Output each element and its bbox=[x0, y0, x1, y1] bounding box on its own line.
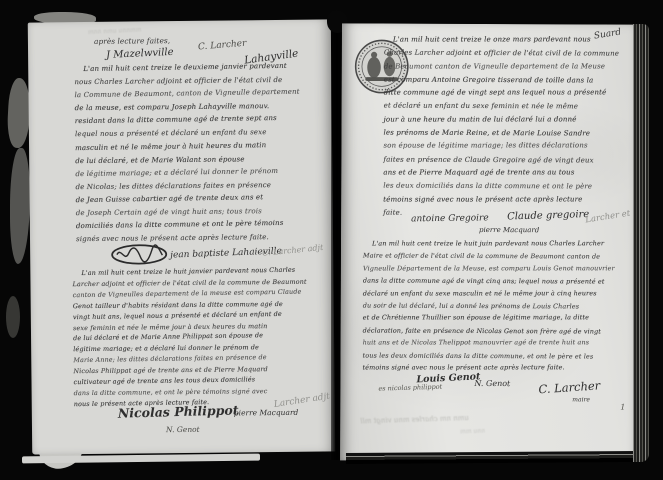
manuscript-line: témoins signé avec nous le présent acte … bbox=[362, 361, 614, 374]
birth-act-text: L'an mil huit cent treize le onze mars p… bbox=[383, 34, 619, 221]
birth-act-text: L'an mil huit cent treize le deuxieme ja… bbox=[74, 61, 301, 247]
manuscript-line: témoins signé avec nous le présent acte … bbox=[383, 193, 618, 207]
signature: Nicolas Philippot bbox=[118, 402, 239, 420]
birth-act-text: L'an mil huit cent treize le huit janvie… bbox=[72, 266, 308, 410]
manuscript-line: et déclaré un enfant du sexe feminin et … bbox=[384, 100, 619, 114]
signature: C. Larcher bbox=[538, 378, 601, 396]
manuscript-line: Charles Larcher adjoint et officier de l… bbox=[384, 47, 619, 61]
signature: C. Larcher adjt bbox=[262, 243, 324, 258]
manuscript-line: les deux domiciliés dans la ditte commun… bbox=[383, 180, 618, 194]
under-page-edge bbox=[346, 451, 638, 464]
ink-bleedthrough: umn nm charles mnu vingt mll bbox=[360, 414, 469, 425]
ink-bleedthrough: mmnnu umn nnm bbox=[88, 26, 142, 35]
signature: C. Larcher bbox=[198, 39, 247, 53]
manuscript-line: L'an mil huit cent treize le huit juin p… bbox=[363, 237, 615, 250]
signature-paraph-icon bbox=[110, 243, 168, 266]
manuscript-line: son épouse de légitime mariage; les ditt… bbox=[383, 140, 618, 154]
book-fore-edge bbox=[633, 24, 649, 462]
manuscript-line: déclaré un enfant du sexe masculin et né… bbox=[363, 287, 615, 300]
scanned-register-spread: mmnnu umn nnm après lecture faites, J Ma… bbox=[0, 0, 663, 480]
under-page-edge bbox=[22, 454, 260, 464]
manuscript-line: jour à une heure du matin de lui déclaré… bbox=[384, 113, 619, 127]
manuscript-line: dans la ditte commune agé de vingt cinq … bbox=[363, 275, 615, 289]
signature: J Mazelwville bbox=[106, 47, 174, 61]
manuscript-line: L'an mil huit cent treize le onze mars p… bbox=[384, 33, 619, 47]
manuscript-line: Vigneulle Département de la Meuse, est c… bbox=[363, 262, 615, 275]
manuscript-line: ditte commune agé de vingt sept ans lequ… bbox=[384, 87, 619, 101]
left-page: mmnnu umn nnm après lecture faites, J Ma… bbox=[28, 19, 336, 454]
manuscript-line: ans et de Pierre Maquard agé de trente a… bbox=[383, 166, 618, 180]
torn-page-edge bbox=[10, 148, 30, 264]
previous-act-closing: après lecture faites, bbox=[94, 36, 170, 46]
signature: maire bbox=[572, 396, 590, 403]
page-number-mark: 1 bbox=[620, 403, 625, 412]
signature: antoine Gregoire bbox=[411, 213, 489, 224]
signature: es nicolas philippot bbox=[378, 383, 442, 393]
manuscript-line: et de Chrétienne Thuillier son épouse de… bbox=[363, 312, 615, 325]
manuscript-line: de Beaumont canton de Vigneulle departem… bbox=[384, 60, 619, 74]
right-page: Suard L'an mil huit cent treize le onze … bbox=[340, 23, 637, 461]
ink-bleedthrough: nnu mm bbox=[460, 428, 485, 436]
signature: N. Genot bbox=[166, 425, 200, 434]
signature: N. Genot bbox=[474, 379, 510, 388]
torn-page-edge bbox=[6, 296, 20, 338]
signature: pierre Macquard bbox=[234, 408, 299, 418]
signature: pierre Macquard bbox=[479, 226, 539, 234]
birth-act-text: L'an mil huit cent treize le huit juin p… bbox=[362, 237, 614, 375]
manuscript-line: huit ans et de Nicolas Thelippot manouvr… bbox=[363, 336, 615, 349]
